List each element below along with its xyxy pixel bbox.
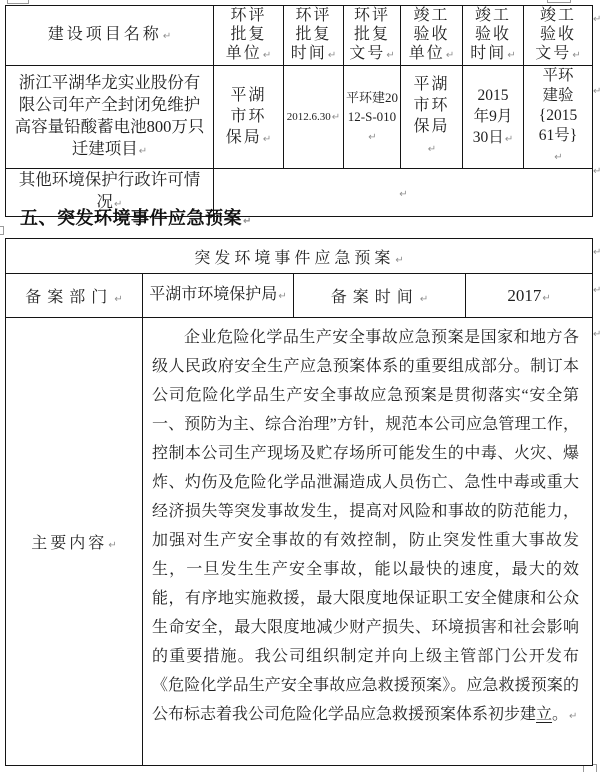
approval-table-header-row: 建设项目名称↵ 环评批复单位↵ 环评批复时间↵ 环评批复文号↵ 竣工验收单位↵ … xyxy=(6,6,593,66)
acceptance-doc-no-cell: 平环建验{2015 61号}↵ xyxy=(524,66,593,169)
plan-table-content-row: 主要内容↵ 企业危险化学品生产安全事故应急预案是国家和地方各级人民政府安全生产应… xyxy=(6,318,593,766)
project-name-cell: 浙江平湖华龙实业股份有限公司年产全封闭免维护高容量铅酸蓄电池800万只迁建项目↵ xyxy=(6,66,214,169)
paragraph-mark-icon: ↵ xyxy=(242,216,251,227)
eia-approval-date-cell: 2012.6.30↵ xyxy=(284,66,344,169)
filing-time-value-cell: 2017↵ xyxy=(466,274,593,318)
header-eia-approval-date: 环评批复时间↵ xyxy=(284,6,344,66)
other-permits-value-cell: ↵ xyxy=(214,169,593,217)
paragraph-mark-icon: ↵ xyxy=(331,112,340,123)
paragraph-mark-icon: ↵ xyxy=(398,189,407,200)
eia-approval-unit-cell: 平湖市环保局↵ xyxy=(214,66,284,169)
cutoff-table-fragment-top-left xyxy=(7,0,29,4)
filing-dept-value-cell: 平湖市环境保护局↵ xyxy=(143,274,294,318)
document-page: 建设项目名称↵ 环评批复单位↵ 环评批复时间↵ 环评批复文号↵ 竣工验收单位↵ … xyxy=(0,0,600,772)
paragraph-mark-icon: ↵ xyxy=(262,50,271,61)
header-project-name: 建设项目名称↵ xyxy=(6,6,214,66)
paragraph-mark-icon: ↵ xyxy=(107,540,116,551)
paragraph-mark-icon: ↵ xyxy=(385,50,394,61)
paragraph-mark-icon: ↵ xyxy=(262,134,271,145)
paragraph-mark-icon: ↵ xyxy=(327,50,336,61)
row-end-mark-icon: ↵ xyxy=(593,247,600,258)
paragraph-mark-icon: ↵ xyxy=(541,293,550,304)
paragraph-mark-icon: ↵ xyxy=(568,711,577,722)
approval-table-project-row: 浙江平湖华龙实业股份有限公司年产全封闭免维护高容量铅酸蓄电池800万只迁建项目↵… xyxy=(6,66,593,169)
main-content-label-cell: 主要内容↵ xyxy=(6,318,143,766)
plan-table-filing-row: 备案部门↵ 平湖市环境保护局↵ 备案时间↵ 2017↵ xyxy=(6,274,593,318)
header-eia-approval-unit: 环评批复单位↵ xyxy=(214,6,284,66)
acceptance-unit-cell: 平湖市环保局↵ xyxy=(401,66,463,169)
header-eia-approval-doc-no: 环评批复文号↵ xyxy=(344,6,401,66)
paragraph-mark-icon: ↵ xyxy=(571,50,580,61)
paragraph-mark-icon: ↵ xyxy=(394,255,403,266)
row-end-mark-icon: ↵ xyxy=(593,329,600,340)
eia-approval-doc-no-cell: 平环建2012-S-010↵ xyxy=(344,66,401,169)
paragraph-mark-icon: ↵ xyxy=(553,152,562,163)
header-acceptance-unit: 竣工验收单位↵ xyxy=(401,6,463,66)
plan-table-title-row: 突发环境事件应急预案↵ xyxy=(6,239,593,274)
paragraph-mark-icon: ↵ xyxy=(277,291,286,302)
paragraph-mark-icon: ↵ xyxy=(138,146,147,157)
paragraph-mark-icon: ↵ xyxy=(445,50,454,61)
project-approval-table: 建设项目名称↵ 环评批复单位↵ 环评批复时间↵ 环评批复文号↵ 竣工验收单位↵ … xyxy=(5,5,593,217)
filing-dept-label-cell: 备案部门↵ xyxy=(6,274,143,318)
row-end-mark-icon: ↵ xyxy=(593,166,600,177)
paragraph-mark-icon: ↵ xyxy=(504,134,513,145)
header-acceptance-date: 竣工验收时间↵ xyxy=(463,6,524,66)
paragraph-mark-icon: ↵ xyxy=(367,132,376,143)
paragraph-mark-icon: ↵ xyxy=(506,50,515,61)
filing-time-label-cell: 备案时间↵ xyxy=(294,274,466,318)
row-end-mark-icon: ↵ xyxy=(593,285,600,296)
emergency-plan-table: 突发环境事件应急预案↵ 备案部门↵ 平湖市环境保护局↵ 备案时间↵ 2017↵ … xyxy=(5,238,593,766)
main-content-paragraph: 企业危险化学品生产安全事故应急预案是国家和地方各级人民政府安全生产应急预案体系的… xyxy=(152,323,579,731)
underlined-char: 立 xyxy=(536,706,552,723)
plan-table-title-cell: 突发环境事件应急预案↵ xyxy=(6,239,593,274)
acceptance-date-cell: 2015年9月30日↵ xyxy=(463,66,524,169)
paragraph-mark-icon: ↵ xyxy=(419,294,428,305)
cutoff-table-fragment-top-right xyxy=(547,0,571,3)
paragraph-mark-icon: ↵ xyxy=(113,294,122,305)
paragraph-mark-icon: ↵ xyxy=(427,144,436,155)
row-end-mark-icon: ↵ xyxy=(593,86,600,97)
section-heading: 五、突发环境事件应急预案↵ xyxy=(20,204,251,230)
row-end-mark-icon: ↵ xyxy=(593,14,600,25)
main-content-cell: 企业危险化学品生产安全事故应急预案是国家和地方各级人民政府安全生产应急预案体系的… xyxy=(143,318,593,766)
paragraph-mark-icon: ↵ xyxy=(162,31,171,42)
header-acceptance-doc-no: 竣工验收文号↵ xyxy=(524,6,593,66)
cutoff-table-handle-left xyxy=(0,226,4,235)
